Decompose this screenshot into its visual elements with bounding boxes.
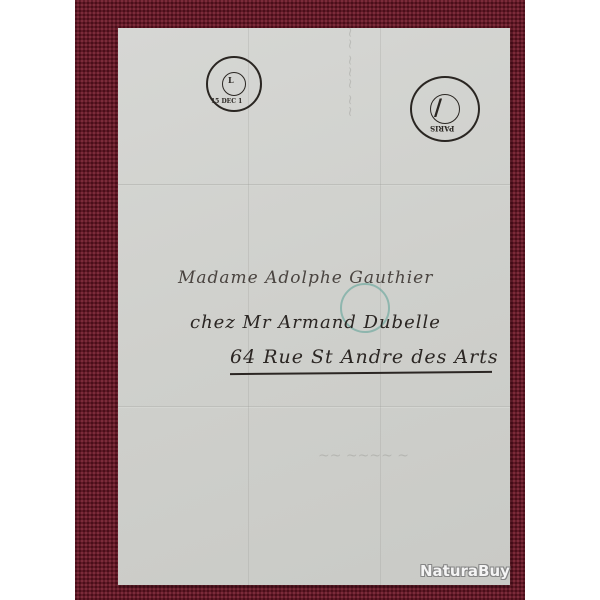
bleed-through-writing: ~~~ ~~~ ~~: [341, 15, 357, 118]
postmark-right: / PARIS: [410, 76, 480, 142]
bleed-through-writing: ~~ ~~~~ ~: [318, 448, 409, 464]
postmark-outer-text: PARIS: [430, 124, 454, 133]
postmark-center-mark: /: [434, 95, 442, 121]
postmark-center-text: L: [228, 75, 234, 85]
postmark-left: L 15 DEC 1: [206, 56, 262, 112]
postmark-inner-ring: [222, 72, 246, 96]
watermark-logo: NaturaBuy: [420, 562, 510, 580]
address-line-3: 64 Rue St Andre des Arts: [230, 346, 499, 368]
address-underline: [230, 371, 492, 375]
vertical-crease: [248, 28, 249, 585]
address-line-2: chez Mr Armand Dubelle: [190, 312, 441, 333]
address-line-1: Madame Adolphe Gauthier: [178, 268, 433, 288]
postmark-outer-text: 15 DEC 1: [211, 98, 242, 105]
letter-paper: ~~~ ~~~ ~~ ~~ ~~~~ ~ L 15 DEC 1 / PARIS …: [118, 28, 510, 585]
horizontal-fold-bottom: [118, 406, 510, 408]
horizontal-fold-top: [118, 184, 510, 186]
